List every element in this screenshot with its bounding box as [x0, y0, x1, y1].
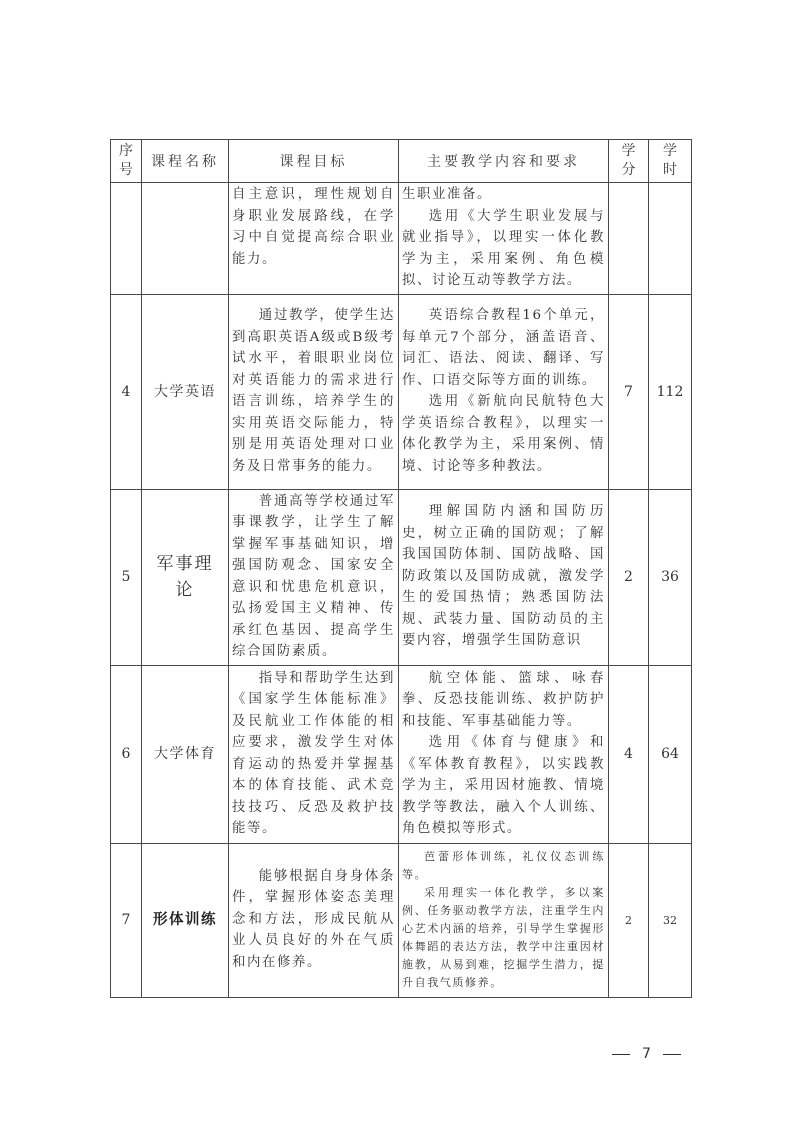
header-no-line1: 序 [111, 142, 141, 161]
header-course-name: 课程名称 [142, 140, 229, 183]
course-goal: 通过教学，使学生达到高职英语A级或B级考试水平，着眼职业岗位对英语能力的需求进行… [229, 294, 399, 489]
course-name: 军事理论 [142, 489, 229, 665]
course-hours: 32 [649, 843, 692, 997]
header-course-goal: 课程目标 [229, 140, 399, 183]
course-name: 大学英语 [142, 294, 229, 489]
content-paragraph: 理解国防内涵和国防历史，树立正确的国防观；了解我国国防体制、国防战略、国防政策以… [402, 501, 605, 652]
course-content: 芭蕾形体训练，礼仪仪态训练等。 采用理实一体化教学，多以案例、任务驱动教学方法，… [399, 843, 609, 997]
header-credit: 学 分 [609, 140, 649, 183]
document-page: 序 号 课程名称 课程目标 主要教学内容和要求 学 分 学 时 [0, 0, 793, 1122]
course-hours: 112 [649, 294, 692, 489]
goal-paragraph: 指导和帮助学生达到《国家学生体能标准》及民航业工作体能的相应要求，激发学生对体育… [232, 668, 395, 840]
header-no-line2: 号 [111, 161, 141, 180]
goal-paragraph: 能够根据自身身体条件，掌握形体姿态美理念和方法，形成民航从业人员良好的外在气质和… [232, 866, 395, 974]
course-hours [649, 183, 692, 295]
header-no: 序 号 [111, 140, 142, 183]
course-goal: 普通高等学校通过军事课教学，让学生了解掌握军事基础知识，增强国防观念、国家安全意… [229, 489, 399, 665]
course-goal: 能够根据自身身体条件，掌握形体姿态美理念和方法，形成民航从业人员良好的外在气质和… [229, 843, 399, 997]
course-credit: 4 [609, 665, 649, 843]
course-name: 大学体育 [142, 665, 229, 843]
course-content: 英语综合教程16个单元，每单元7个部分，涵盖语音、词汇、语法、阅读、翻译、写作、… [399, 294, 609, 489]
goal-paragraph: 自主意识，理性规划自身职业发展路线，在学习中自觉提高综合职业能力。 [232, 184, 395, 270]
content-paragraph: 采用理实一体化教学，多以案例、任务驱动教学方法，注重学生内心艺术内涵的培养，引导… [402, 884, 605, 992]
row-number [111, 183, 142, 295]
table-row: 自主意识，理性规划自身职业发展路线，在学习中自觉提高综合职业能力。 生职业准备。… [111, 183, 692, 295]
content-paragraph: 选用《新航向民航特色大学英语综合教程》，以理实一体化教学为主，采用案例、情境、讨… [402, 391, 605, 477]
curriculum-table: 序 号 课程名称 课程目标 主要教学内容和要求 学 分 学 时 [110, 139, 692, 998]
row-number: 5 [111, 489, 142, 665]
table-row: 4 大学英语 通过教学，使学生达到高职英语A级或B级考试水平，着眼职业岗位对英语… [111, 294, 692, 489]
course-hours: 36 [649, 489, 692, 665]
page-footer: 7 [612, 1046, 681, 1062]
course-content: 理解国防内涵和国防历史，树立正确的国防观；了解我国国防体制、国防战略、国防政策以… [399, 489, 609, 665]
header-credit-line1: 学 [609, 142, 648, 161]
header-hours-line2: 时 [649, 161, 691, 180]
table-row: 5 军事理论 普通高等学校通过军事课教学，让学生了解掌握军事基础知识，增强国防观… [111, 489, 692, 665]
content-paragraph: 芭蕾形体训练，礼仪仪态训练等。 [402, 848, 605, 884]
course-goal: 自主意识，理性规划自身职业发展路线，在学习中自觉提高综合职业能力。 [229, 183, 399, 295]
content-paragraph: 航空体能、篮球、咏春拳、反恐技能训练、救护防护和技能、军事基础能力等。 [402, 668, 605, 733]
course-name: 形体训练 [142, 843, 229, 997]
header-course-content: 主要教学内容和要求 [399, 140, 609, 183]
content-paragraph: 选用《体育与健康》和《军体教育教程》，以实践教学为主，采用因材施教、情境教学等教… [402, 732, 605, 840]
course-content: 航空体能、篮球、咏春拳、反恐技能训练、救护防护和技能、军事基础能力等。 选用《体… [399, 665, 609, 843]
header-hours: 学 时 [649, 140, 692, 183]
page-number: 7 [642, 1046, 651, 1062]
course-content: 生职业准备。 选用《大学生职业发展与就业指导》，以理实一体化教学为主，采用案例、… [399, 183, 609, 295]
content-paragraph: 生职业准备。 [402, 184, 605, 206]
row-number: 6 [111, 665, 142, 843]
row-number: 7 [111, 843, 142, 997]
course-credit [609, 183, 649, 295]
goal-paragraph: 通过教学，使学生达到高职英语A级或B级考试水平，着眼职业岗位对英语能力的需求进行… [232, 305, 395, 477]
header-hours-line1: 学 [649, 142, 691, 161]
footer-dash-right [663, 1054, 681, 1055]
row-number: 4 [111, 294, 142, 489]
course-name [142, 183, 229, 295]
footer-dash-left [612, 1054, 630, 1055]
course-hours: 64 [649, 665, 692, 843]
goal-paragraph: 普通高等学校通过军事课教学，让学生了解掌握军事基础知识，增强国防观念、国家安全意… [232, 491, 395, 663]
table-row: 6 大学体育 指导和帮助学生达到《国家学生体能标准》及民航业工作体能的相应要求，… [111, 665, 692, 843]
content-paragraph: 英语综合教程16个单元，每单元7个部分，涵盖语音、词汇、语法、阅读、翻译、写作、… [402, 305, 605, 391]
course-goal: 指导和帮助学生达到《国家学生体能标准》及民航业工作体能的相应要求，激发学生对体育… [229, 665, 399, 843]
content-paragraph: 选用《大学生职业发展与就业指导》，以理实一体化教学为主，采用案例、角色模拟、讨论… [402, 206, 605, 292]
course-credit: 2 [609, 489, 649, 665]
header-credit-line2: 分 [609, 161, 648, 180]
table-header-row: 序 号 课程名称 课程目标 主要教学内容和要求 学 分 学 时 [111, 140, 692, 183]
course-credit: 2 [609, 843, 649, 997]
table-row: 7 形体训练 能够根据自身身体条件，掌握形体姿态美理念和方法，形成民航从业人员良… [111, 843, 692, 997]
course-credit: 7 [609, 294, 649, 489]
